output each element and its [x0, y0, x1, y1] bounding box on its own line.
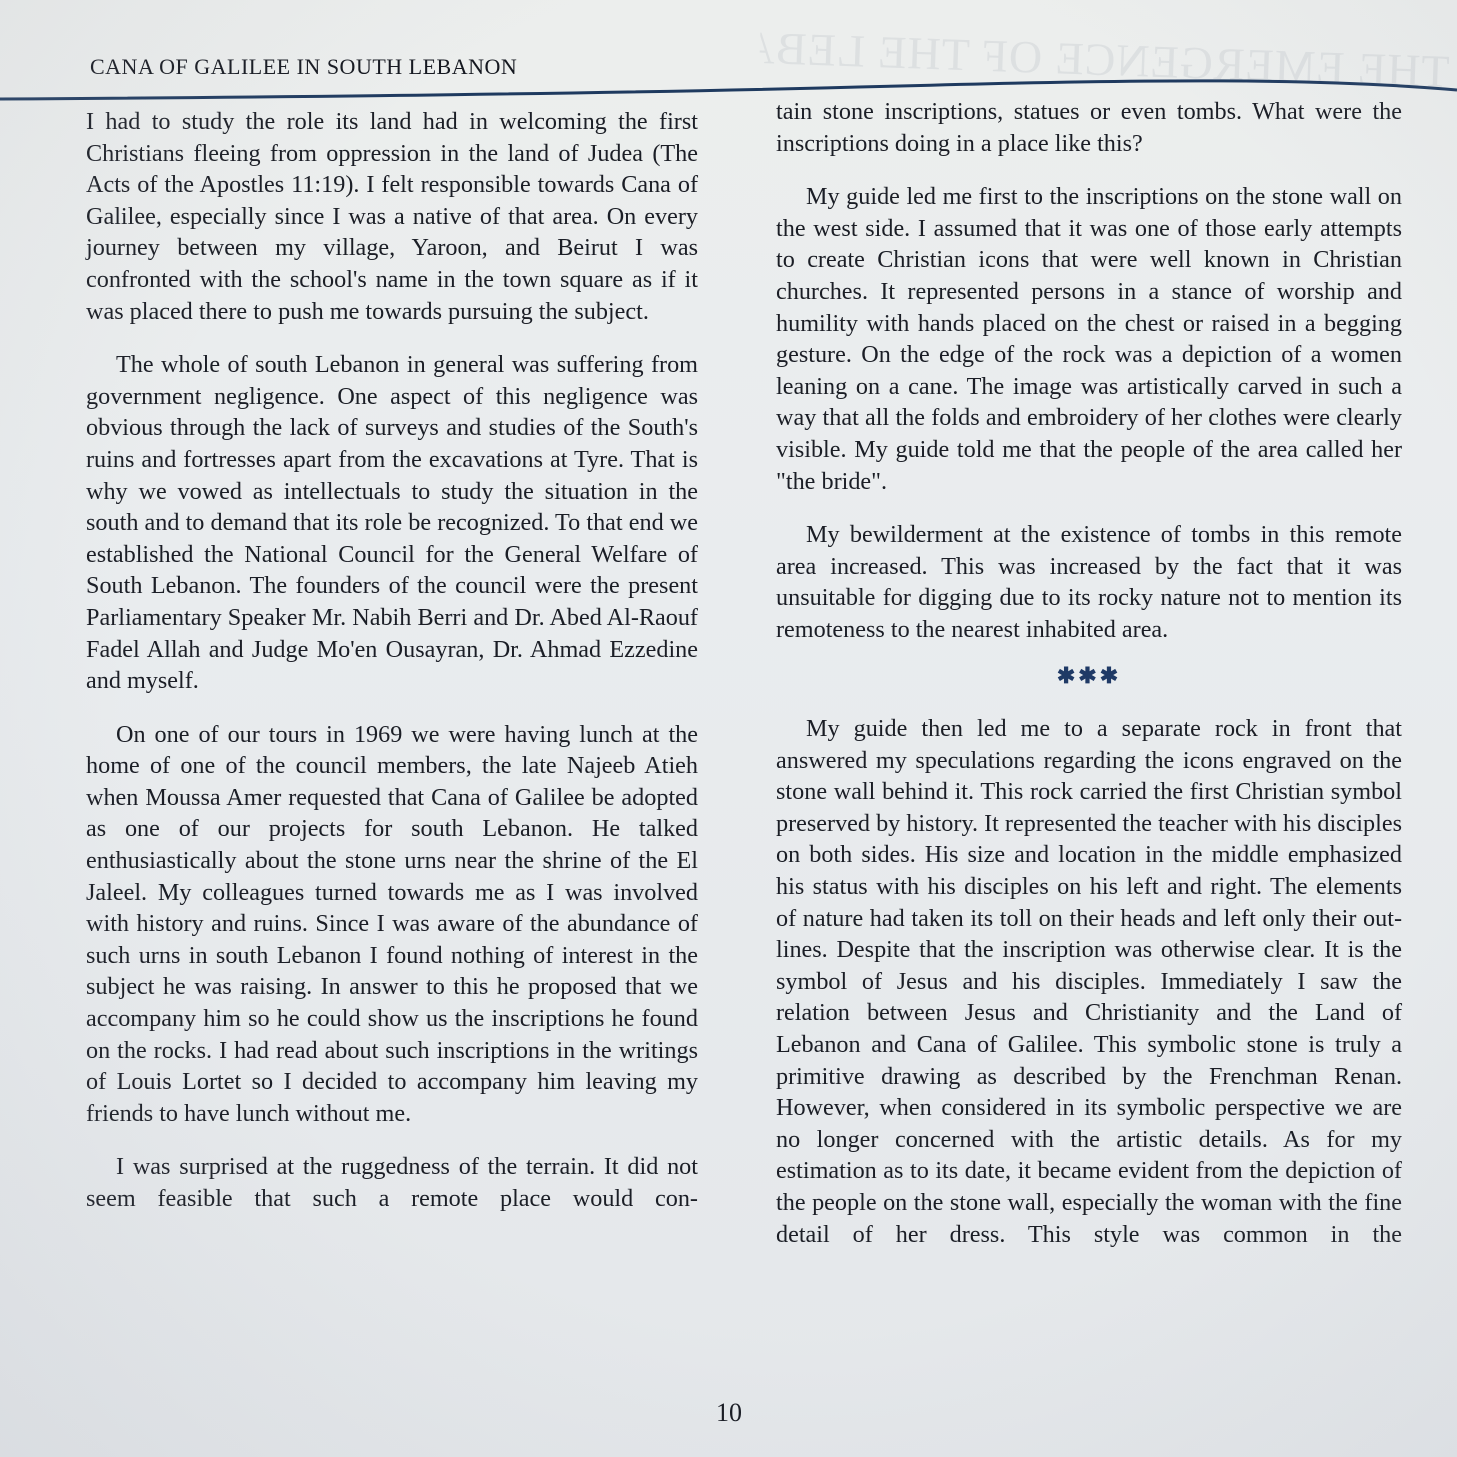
paragraph: My guide then led me to a separate rock …	[776, 713, 1402, 1250]
section-break-asterisks-icon: ✱✱✱	[776, 660, 1402, 692]
right-column: tain stone inscriptions, statues or even…	[776, 96, 1402, 1272]
left-column: I had to study the role its land had in …	[86, 106, 698, 1237]
book-page: THE EMERGENCE OF THE LEBANESE CANA OF GA…	[0, 0, 1457, 1457]
paragraph: My guide led me first to the inscription…	[776, 181, 1402, 497]
paragraph: My bewilderment at the existence of tomb…	[776, 519, 1402, 645]
paragraph: I had to study the role its land had in …	[86, 106, 698, 327]
paragraph: On one of our tours in 1969 we were havi…	[86, 719, 698, 1130]
paragraph: The whole of south Lebanon in general wa…	[86, 349, 698, 697]
page-number: 10	[716, 1398, 742, 1428]
paragraph: I was surprised at the ruggedness of the…	[86, 1151, 698, 1214]
paragraph: tain stone inscriptions, statues or even…	[776, 96, 1402, 159]
